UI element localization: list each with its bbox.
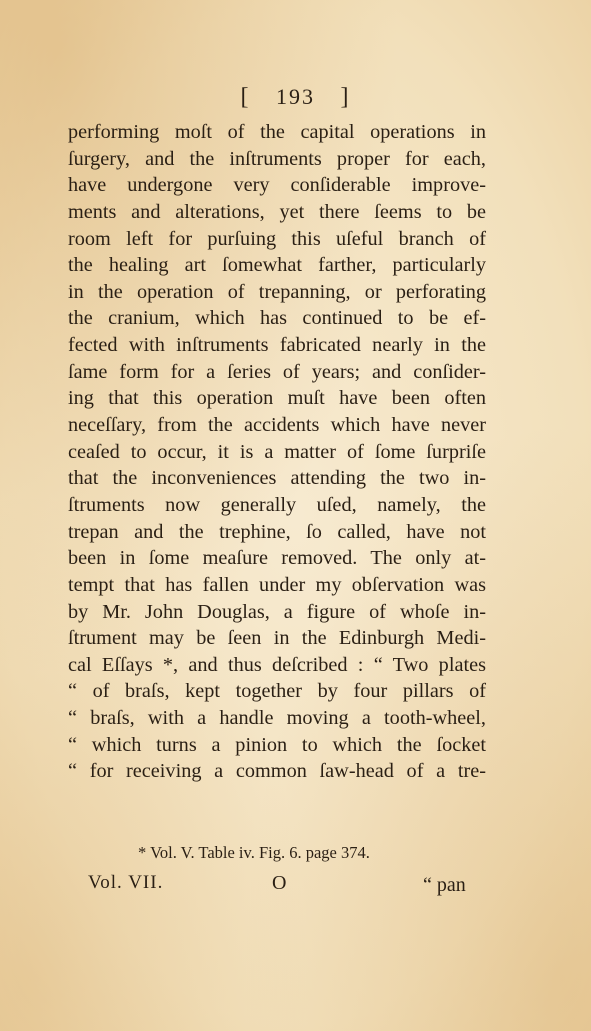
text-line: fected with inſtruments fabricated nearl… bbox=[68, 332, 486, 359]
text-line: the healing art ſomewhat farther, partic… bbox=[68, 252, 486, 279]
text-line: ſurgery, and the inſtruments proper for … bbox=[68, 146, 486, 173]
text-line: in the operation of trepanning, or perfo… bbox=[68, 279, 486, 306]
text-line: ing that this operation muſt have been o… bbox=[68, 385, 486, 412]
text-line: neceſſary, from the accidents which have… bbox=[68, 412, 486, 439]
text-line: have undergone very conſiderable improve… bbox=[68, 172, 486, 199]
book-page: [ 193 ] performing moſt of the capital o… bbox=[0, 0, 591, 1031]
bracket-close: ] bbox=[341, 84, 351, 110]
body-text: performing moſt of the capital operation… bbox=[68, 119, 486, 785]
text-line: cal Eſſays *, and thus deſcribed : “ Two… bbox=[68, 652, 486, 679]
text-line: ſtruments now generally uſed, namely, th… bbox=[68, 492, 486, 519]
text-line: “ for receiving a common ſaw-head of a t… bbox=[68, 758, 486, 785]
text-line: by Mr. John Douglas, a figure of whoſe i… bbox=[68, 599, 486, 626]
catchword: “ pan bbox=[423, 874, 466, 897]
volume-label: Vol. VII. bbox=[88, 872, 163, 894]
bracket-open: [ bbox=[241, 84, 251, 110]
text-line: ceaſed to occur, it is a matter of ſome … bbox=[68, 439, 486, 466]
text-line: performing moſt of the capital operation… bbox=[68, 119, 486, 146]
text-line: “ of braſs, kept together by four pillar… bbox=[68, 678, 486, 705]
running-head: [ 193 ] bbox=[0, 84, 591, 111]
text-line: ſtrument may be ſeen in the Edinburgh Me… bbox=[68, 625, 486, 652]
text-line: “ braſs, with a handle moving a tooth-wh… bbox=[68, 705, 486, 732]
text-line: tempt that has fallen under my obſervati… bbox=[68, 572, 486, 599]
signature-mark: O bbox=[272, 872, 286, 895]
text-line: ſame form for a ſeries of years; and con… bbox=[68, 359, 486, 386]
text-line: that the inconveniences attending the tw… bbox=[68, 465, 486, 492]
text-line: “ which turns a pinion to which the ſock… bbox=[68, 732, 486, 759]
text-line: ments and alterations, yet there ſeems t… bbox=[68, 199, 486, 226]
footnote: * Vol. V. Table iv. Fig. 6. page 374. bbox=[138, 843, 370, 863]
text-line: been in ſome meaſure removed. The only a… bbox=[68, 545, 486, 572]
text-line: room left for purſuing this uſeful branc… bbox=[68, 226, 486, 253]
page-footer: Vol. VII. O “ pan bbox=[0, 872, 591, 902]
page-number: 193 bbox=[276, 84, 315, 109]
text-line: trepan and the trephine, ſo called, have… bbox=[68, 519, 486, 546]
text-line: the cranium, which has continued to be e… bbox=[68, 305, 486, 332]
